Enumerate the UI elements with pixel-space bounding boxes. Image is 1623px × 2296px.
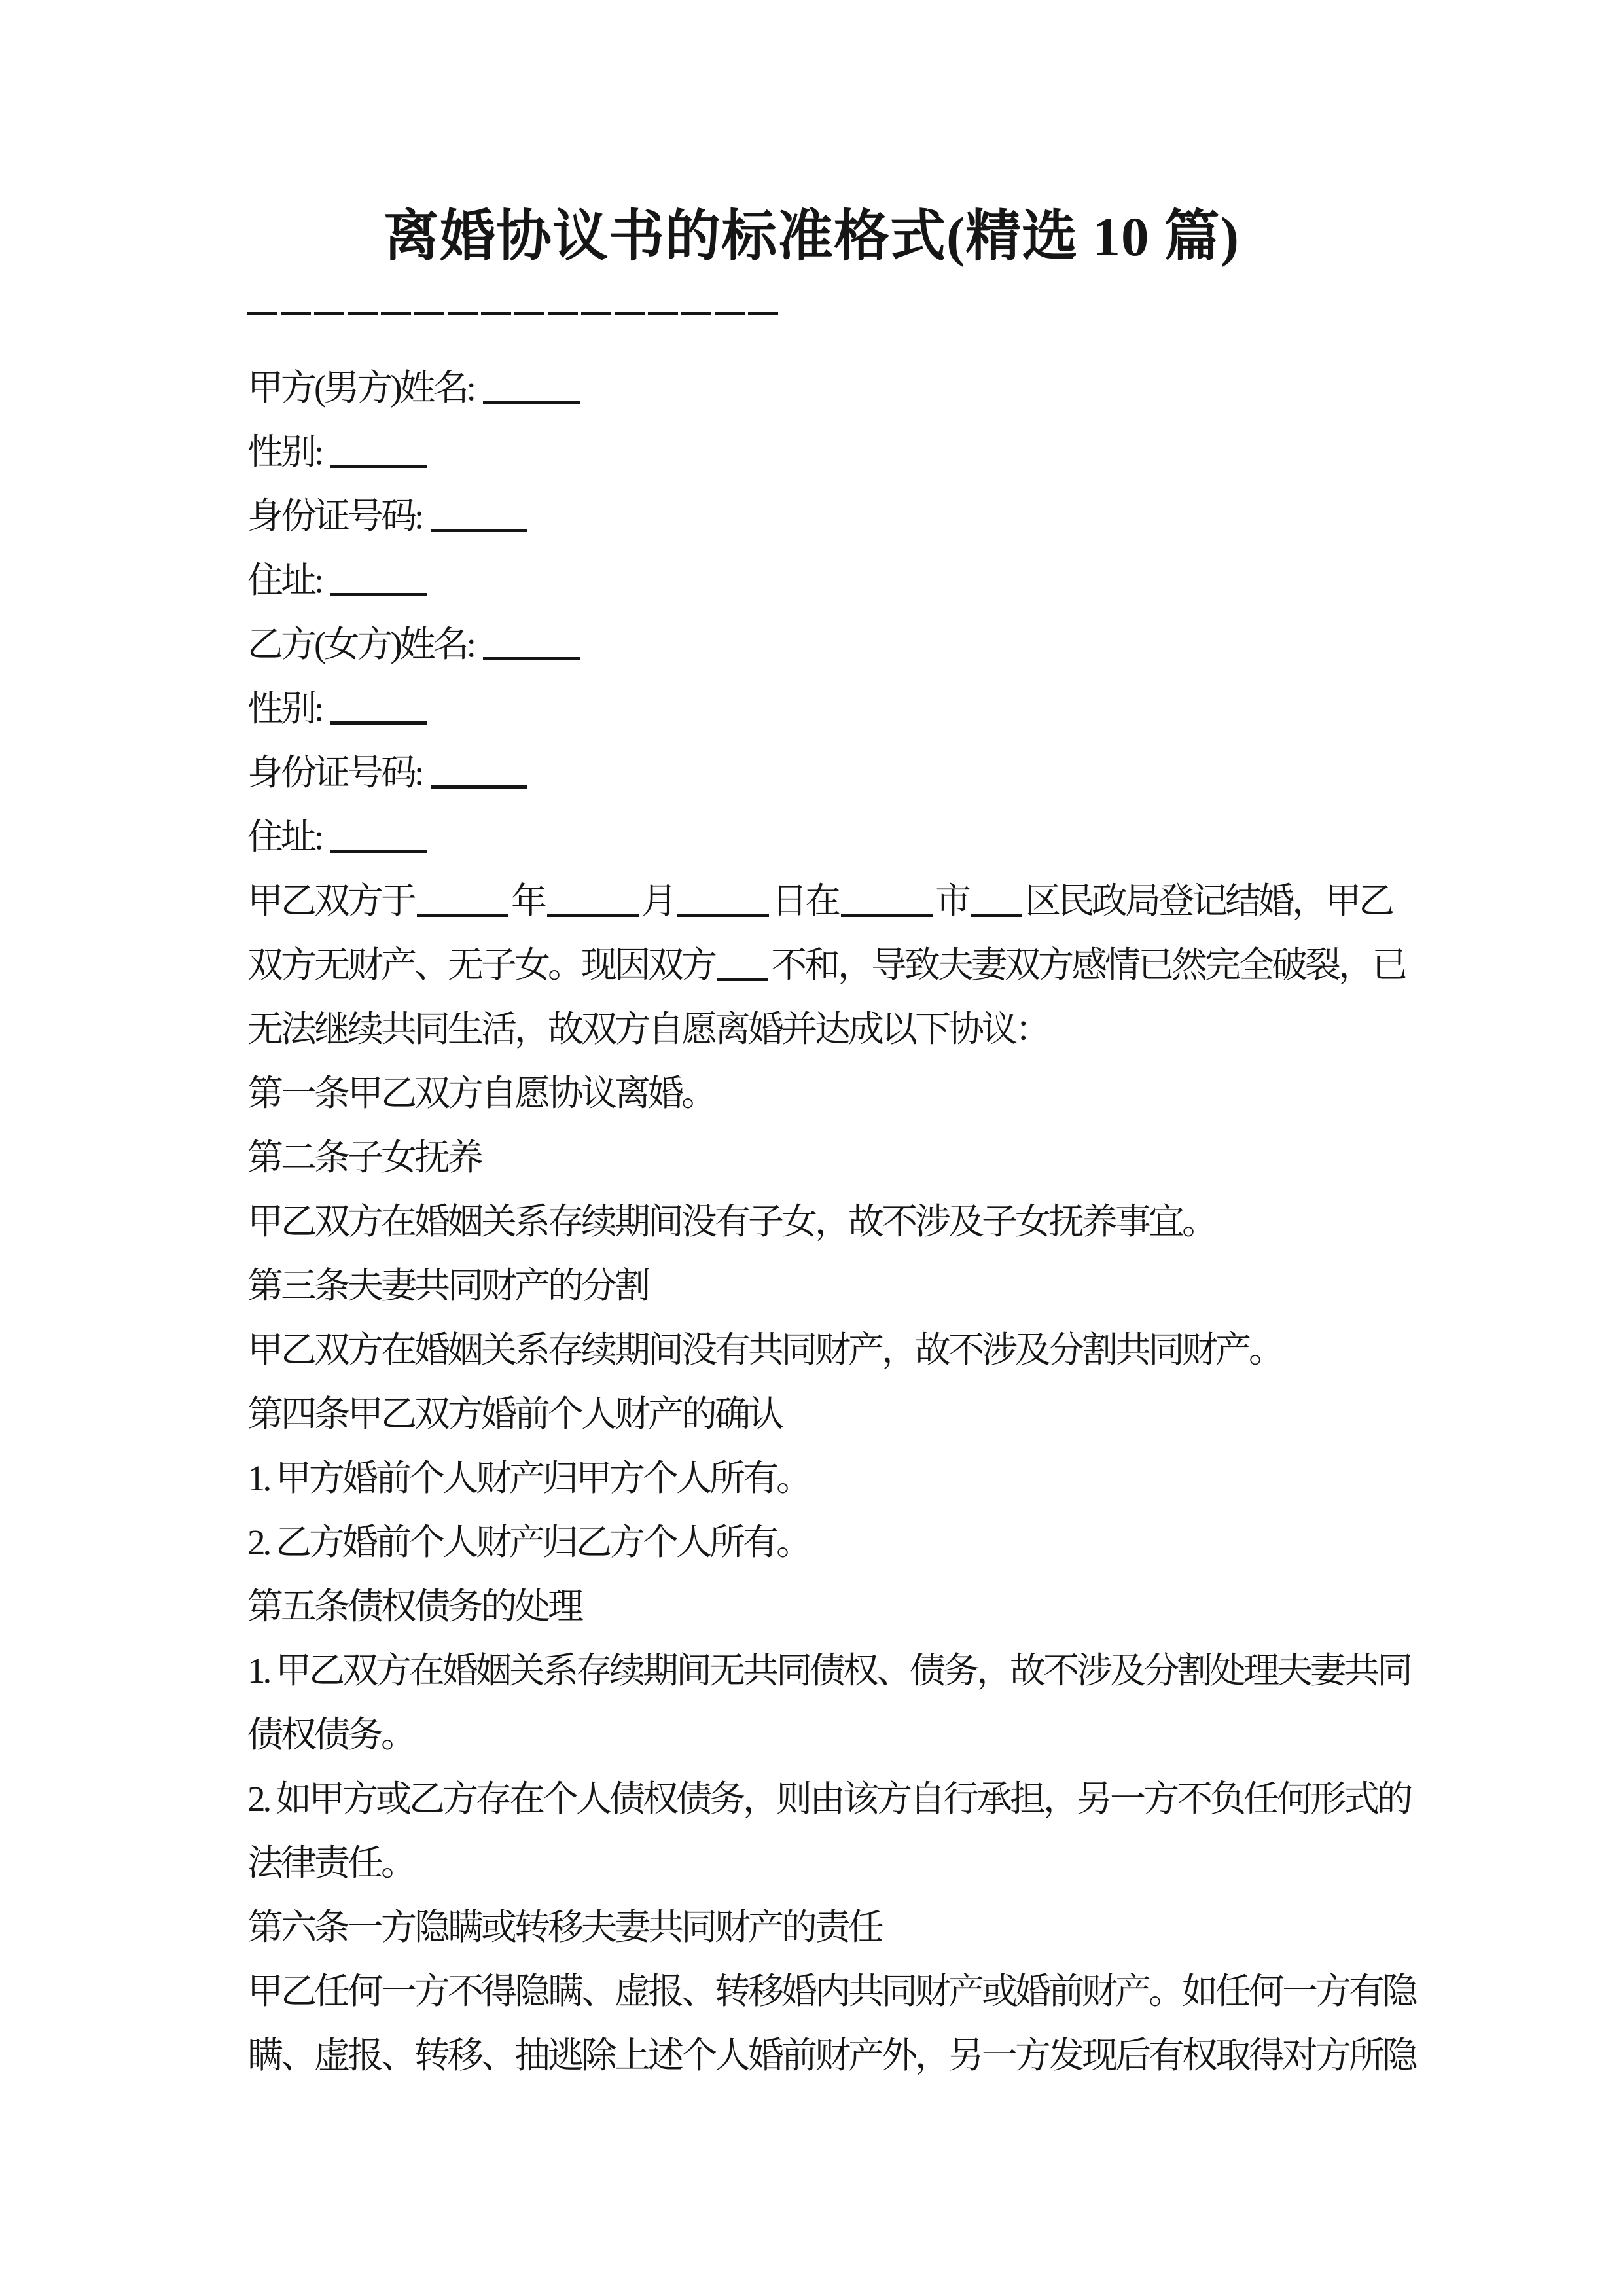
text-run: 区民政局登记结婚，甲乙 <box>1025 881 1392 921</box>
text-run: 甲乙任何一方不得隐瞒、虚报、转移婚内共同财产或婚前财产。如任何一方有隐 <box>247 1971 1416 2011</box>
document-line: 第二条子女抚养 <box>247 1126 1399 1190</box>
document-line: 瞒、虚报、转移、抽逃除上述个人婚前财产外，另一方发现后有权取得对方所隐 <box>247 2024 1399 2088</box>
text-run: 2. 如甲方或乙方存在个人债权债务，则由该方自行承担，另一方不负任何形式的 <box>247 1779 1410 1819</box>
blank-field <box>330 698 427 725</box>
blank-field <box>717 954 768 981</box>
document-line: 身份证号码: <box>247 741 1399 805</box>
document-line: 性别: <box>247 677 1399 741</box>
document-line: 住址: <box>247 805 1399 869</box>
document-line: 第一条甲乙双方自愿协议离婚。 <box>247 1062 1399 1126</box>
blank-field <box>547 890 639 917</box>
text-run: 身份证号码: <box>247 496 428 536</box>
document-line: 甲乙双方于年月日在市区民政局登记结婚，甲乙 <box>247 869 1399 933</box>
text-run: 甲乙双方在婚姻关系存续期间没有子女，故不涉及子女抚养事宜。 <box>247 1202 1215 1242</box>
document-line: 第三条夫妻共同财产的分割 <box>247 1254 1399 1318</box>
text-run: 不和，导致夫妻双方感情已然完全破裂，已 <box>771 945 1405 985</box>
document-line: 1. 甲乙双方在婚姻关系存续期间无共同债权、债务，故不涉及分割处理夫妻共同 <box>247 1639 1399 1703</box>
document-title: 离婚协议书的标准格式(精选 10 篇) <box>0 209 1623 265</box>
text-run: 住址: <box>247 817 328 857</box>
text-run: 住址: <box>247 560 328 600</box>
blank-field <box>431 762 527 789</box>
text-run: 第五条债权债务的处理 <box>247 1587 581 1626</box>
text-run: 甲乙双方在婚姻关系存续期间没有共同财产，故不涉及分割共同财产。 <box>247 1330 1282 1370</box>
document-line: 身份证号码: <box>247 484 1399 548</box>
text-run: 性别: <box>247 432 328 472</box>
document-line: 双方无财产、无子女。现因双方不和，导致夫妻双方感情已然完全破裂，已 <box>247 933 1399 997</box>
text-run: 第六条一方隐瞒或转移夫妻共同财产的责任 <box>247 1907 882 1947</box>
document-line: 第六条一方隐瞒或转移夫妻共同财产的责任 <box>247 1895 1399 1960</box>
document-line: 甲乙双方在婚姻关系存续期间没有子女，故不涉及子女抚养事宜。 <box>247 1190 1399 1254</box>
document-line: 甲乙任何一方不得隐瞒、虚报、转移婚内共同财产或婚前财产。如任何一方有隐 <box>247 1960 1399 2024</box>
blank-field <box>841 890 933 917</box>
text-run: 瞒、虚报、转移、抽逃除上述个人婚前财产外，另一方发现后有权取得对方所隐 <box>247 2036 1416 2075</box>
blank-field <box>483 377 580 404</box>
text-run: 乙方(女方)姓名: <box>247 624 480 664</box>
document-line: 第五条债权债务的处理 <box>247 1575 1399 1639</box>
text-run: 债权债务。 <box>247 1715 414 1755</box>
text-run: 月 <box>641 881 675 921</box>
document-line: 债权债务。 <box>247 1703 1399 1767</box>
text-run: 甲方(男方)姓名: <box>247 368 480 408</box>
blank-field <box>431 505 527 532</box>
document-body: 甲方(男方)姓名: 性别: 身份证号码: 住址: 乙方(女方)姓名: 性别: 身… <box>247 356 1399 2088</box>
text-run: 无法继续共同生活，故双方自愿离婚并达成以下协议： <box>247 1009 1048 1049</box>
text-run: 身份证号码: <box>247 753 428 793</box>
document-line: 无法继续共同生活，故双方自愿离婚并达成以下协议： <box>247 997 1399 1062</box>
blank-field <box>330 569 427 596</box>
blank-field <box>417 890 508 917</box>
document-page: { "page": { "background": "#ffffff", "in… <box>0 0 1623 2296</box>
text-run: 性别: <box>247 689 328 728</box>
text-run: 第一条甲乙双方自愿协议离婚。 <box>247 1073 715 1113</box>
divider-underscore-rule <box>247 312 779 315</box>
text-run: 市 <box>935 881 969 921</box>
text-run: 1. 甲乙双方在婚姻关系存续期间无共同债权、债务，故不涉及分割处理夫妻共同 <box>247 1651 1410 1691</box>
document-line: 2. 乙方婚前个人财产归乙方个人所有。 <box>247 1511 1399 1575</box>
document-line: 性别: <box>247 420 1399 484</box>
text-run: 第二条子女抚养 <box>247 1138 481 1177</box>
document-line: 1. 甲方婚前个人财产归甲方个人所有。 <box>247 1446 1399 1511</box>
document-line: 乙方(女方)姓名: <box>247 613 1399 677</box>
blank-field <box>330 441 427 468</box>
text-run: 1. 甲方婚前个人财产归甲方个人所有。 <box>247 1458 810 1498</box>
document-line: 第四条甲乙双方婚前个人财产的确认 <box>247 1382 1399 1446</box>
blank-field <box>677 890 769 917</box>
text-run: 日在 <box>772 881 838 921</box>
text-run: 双方无财产、无子女。现因双方 <box>247 945 715 985</box>
text-run: 年 <box>511 881 544 921</box>
text-run: 2. 乙方婚前个人财产归乙方个人所有。 <box>247 1522 810 1562</box>
document-line: 甲乙双方在婚姻关系存续期间没有共同财产，故不涉及分割共同财产。 <box>247 1318 1399 1382</box>
document-line: 法律责任。 <box>247 1831 1399 1895</box>
document-line: 2. 如甲方或乙方存在个人债权债务，则由该方自行承担，另一方不负任何形式的 <box>247 1767 1399 1831</box>
document-line: 甲方(男方)姓名: <box>247 356 1399 420</box>
text-run: 第三条夫妻共同财产的分割 <box>247 1266 648 1306</box>
document-sheet: 离婚协议书的标准格式(精选 10 篇) 甲方(男方)姓名: 性别: 身份证号码:… <box>0 0 1623 2296</box>
text-run: 法律责任。 <box>247 1843 414 1883</box>
blank-field <box>971 890 1022 917</box>
document-line: 住址: <box>247 548 1399 613</box>
blank-field <box>483 634 580 660</box>
blank-field <box>330 826 427 853</box>
text-run: 第四条甲乙双方婚前个人财产的确认 <box>247 1394 781 1434</box>
text-run: 甲乙双方于 <box>247 881 414 921</box>
